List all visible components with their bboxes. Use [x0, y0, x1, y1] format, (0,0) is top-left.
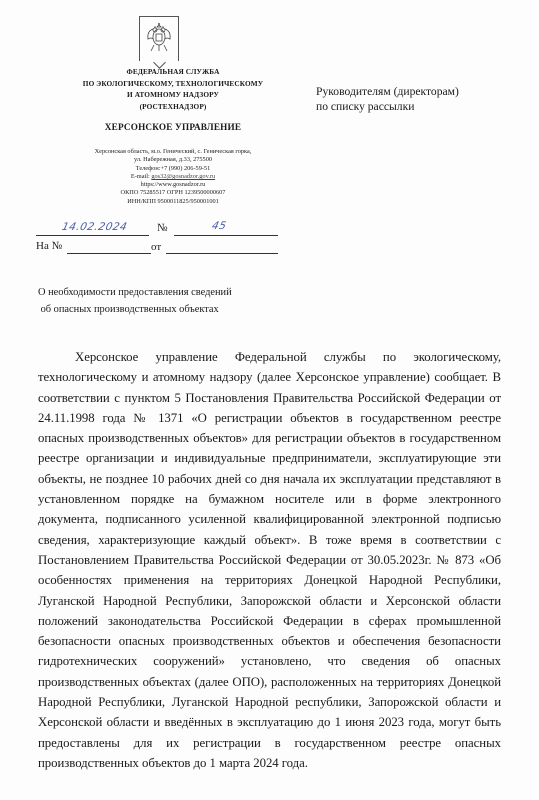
document-page: ФЕДЕРАЛЬНАЯ СЛУЖБА ПО ЭКОЛОГИЧЕСКОМУ, ТЕ…	[0, 0, 539, 800]
reply-number-line	[67, 253, 151, 254]
recipient-line: Руководителям (директорам)	[316, 85, 459, 100]
number-label: №	[157, 222, 168, 234]
agency-line: И АТОМНОМУ НАДЗОРУ	[40, 89, 306, 101]
address-line: ул. Набережная, д.33, 275500	[40, 156, 306, 164]
website-link[interactable]: https://www.gosnadzor.ru	[40, 181, 306, 189]
body-paragraph: Херсонское управление Федеральной службы…	[38, 347, 501, 773]
email-label: E-mail:	[131, 173, 151, 180]
from-label: от	[151, 241, 161, 253]
number-line	[174, 235, 278, 236]
agency-name: ФЕДЕРАЛЬНАЯ СЛУЖБА ПО ЭКОЛОГИЧЕСКОМУ, ТЕ…	[40, 66, 306, 112]
recipient-block: Руководителям (директорам) по списку рас…	[316, 85, 459, 114]
date-line	[36, 235, 149, 236]
date-handwritten: 14.02.2024	[61, 221, 129, 233]
inn-kpp: ИНН/КПП 9500011825/950001001	[40, 198, 306, 206]
address-line: Херсонская область, м.о. Генический, с. …	[40, 148, 306, 156]
phone: Телефон:+7 (990) 206-59-51	[40, 165, 306, 173]
coat-of-arms-icon	[139, 16, 179, 61]
reply-date-line	[166, 253, 278, 254]
agency-line: ПО ЭКОЛОГИЧЕСКОМУ, ТЕХНОЛОГИЧЕСКОМУ	[40, 78, 306, 90]
subject-block: О необходимости предоставления сведений …	[38, 284, 232, 318]
reply-to-label: На №	[36, 240, 62, 252]
recipient-line: по списку рассылки	[316, 100, 459, 115]
contact-details: Херсонская область, м.о. Генический, с. …	[40, 148, 306, 206]
agency-line: ФЕДЕРАЛЬНАЯ СЛУЖБА	[40, 66, 306, 78]
okpo-ogrn: ОКПО 75285517 ОГРН 1239500000607	[40, 189, 306, 197]
subject-line: об опасных производственных объектах	[38, 301, 232, 318]
number-handwritten: 45	[211, 220, 228, 232]
email-link[interactable]: gos32@gosnadzor.gov.ru	[151, 173, 215, 180]
email-row: E-mail: gos32@gosnadzor.gov.ru	[40, 173, 306, 181]
subject-line: О необходимости предоставления сведений	[38, 284, 232, 301]
department-name: ХЕРСОНСКОЕ УПРАВЛЕНИЕ	[40, 122, 306, 132]
agency-line: (РОСТЕХНАДЗОР)	[40, 101, 306, 113]
